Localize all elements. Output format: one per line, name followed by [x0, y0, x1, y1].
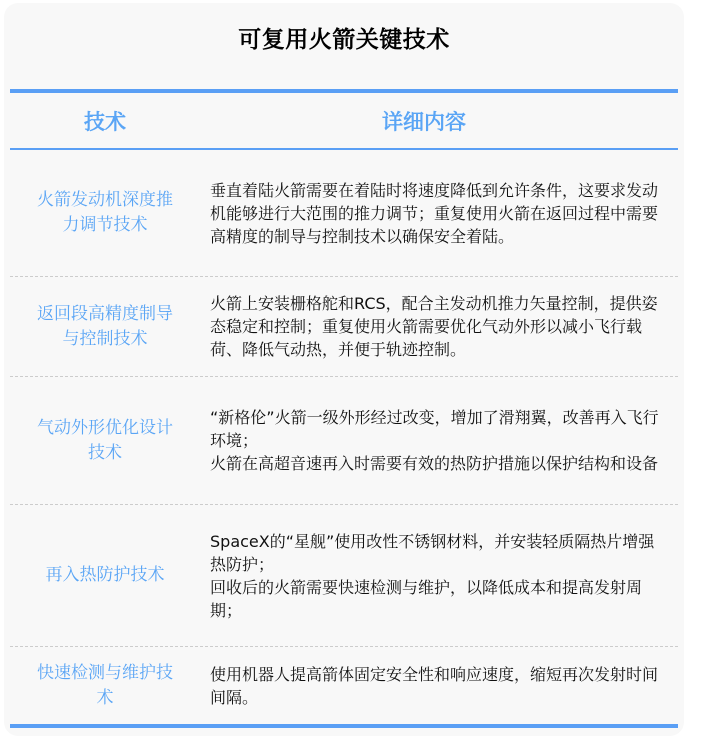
- technology-table: 技术 详细内容 火箭发动机深度推力调节技术 垂直着陆火箭需要在着陆时将速度降低到…: [10, 89, 678, 728]
- tech-name: 气动外形优化设计技术: [10, 416, 200, 466]
- document-card: 可复用火箭关键技术 技术 详细内容 火箭发动机深度推力调节技术 垂直着陆火箭需要…: [4, 3, 684, 736]
- page-title: 可复用火箭关键技术: [4, 21, 684, 54]
- table-header: 技术 详细内容: [10, 93, 678, 148]
- tech-detail: SpaceX的“星舰”使用改性不锈钢材料，并安装轻质隔热片增强热防护； 回收后的…: [200, 530, 678, 622]
- table-row: 气动外形优化设计技术 “新格伦”火箭一级外形经过改变，增加了滑翔翼，改善再入飞行…: [10, 377, 678, 505]
- tech-name: 快速检测与维护技术: [10, 661, 200, 711]
- table-row: 快速检测与维护技术 使用机器人提高箭体固定安全性和响应速度，缩短再次发射时间间隔…: [10, 647, 678, 724]
- tech-name: 再入热防护技术: [10, 563, 200, 588]
- table-bottom-border: [10, 724, 678, 728]
- column-header-tech: 技术: [10, 106, 200, 136]
- table-row: 返回段高精度制导与控制技术 火箭上安装栅格舵和RCS，配合主发动机推力矢量控制，…: [10, 277, 678, 377]
- column-header-detail: 详细内容: [200, 106, 678, 136]
- tech-name: 返回段高精度制导与控制技术: [10, 302, 200, 352]
- tech-detail: 垂直着陆火箭需要在着陆时将速度降低到允许条件，这要求发动机能够进行大范围的推力调…: [200, 179, 678, 248]
- tech-detail: “新格伦”火箭一级外形经过改变，增加了滑翔翼，改善再入飞行环境； 火箭在高超音速…: [200, 406, 678, 475]
- tech-name: 火箭发动机深度推力调节技术: [10, 188, 200, 238]
- table-row: 再入热防护技术 SpaceX的“星舰”使用改性不锈钢材料，并安装轻质隔热片增强热…: [10, 505, 678, 647]
- tech-detail: 火箭上安装栅格舵和RCS，配合主发动机推力矢量控制，提供姿态稳定和控制；重复使用…: [200, 292, 678, 361]
- table-row: 火箭发动机深度推力调节技术 垂直着陆火箭需要在着陆时将速度降低到允许条件，这要求…: [10, 150, 678, 277]
- tech-detail: 使用机器人提高箭体固定安全性和响应速度，缩短再次发射时间间隔。: [200, 663, 678, 709]
